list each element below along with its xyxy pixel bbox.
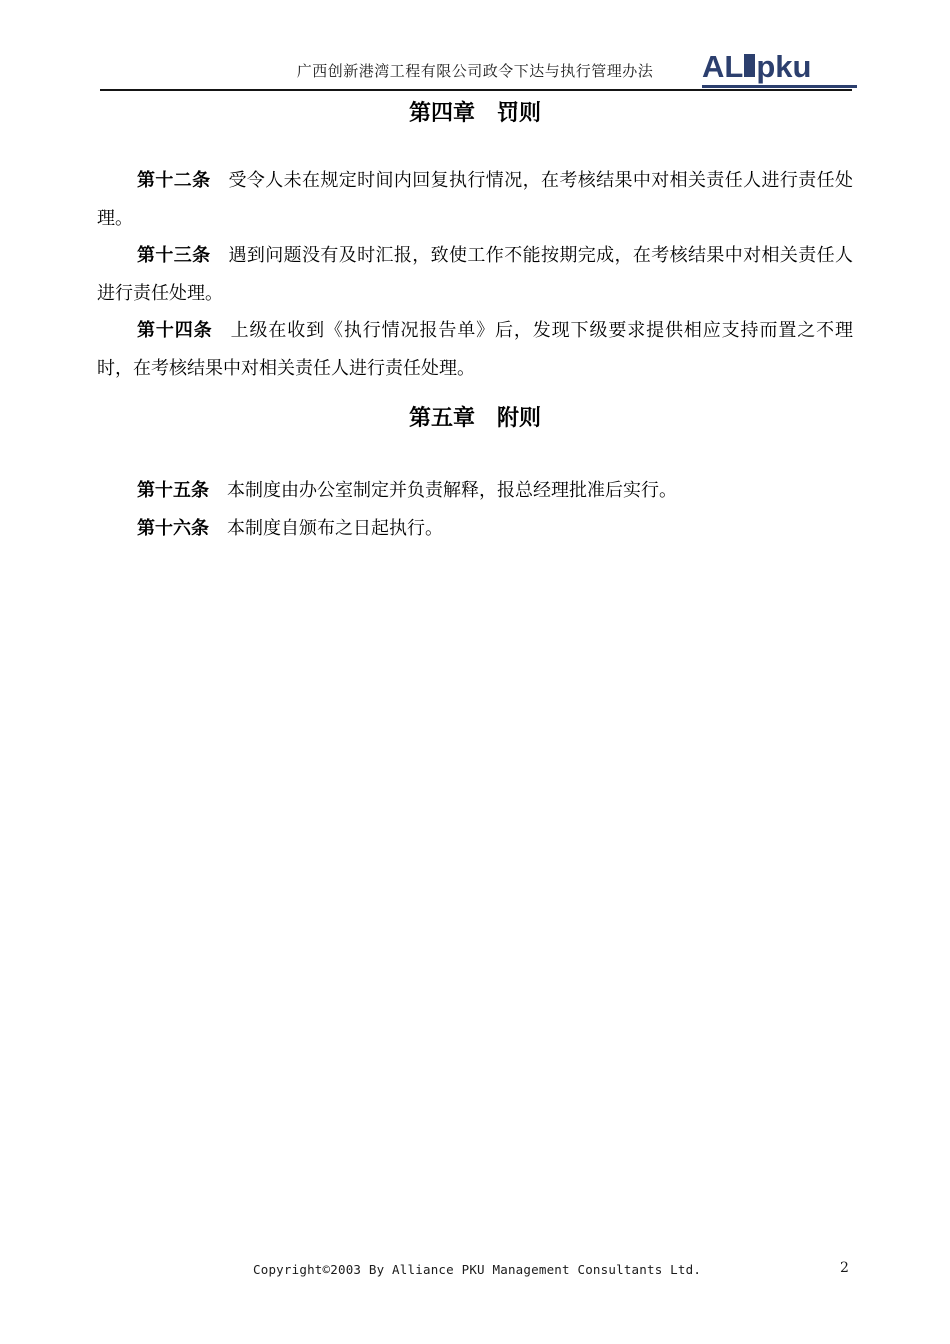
article-13-label: 第十三条: [137, 245, 211, 266]
logo-text-right: pku: [756, 49, 811, 84]
article-14-label: 第十四条: [137, 320, 213, 341]
article-14: 第十四条上级在收到《执行情况报告单》后，发现下级要求提供相应支持而置之不理时，在…: [97, 312, 853, 387]
article-12: 第十二条受令人未在规定时间内回复执行情况，在考核结果中对相关责任人进行责任处理。: [97, 162, 853, 237]
footer-copyright: Copyright©2003 By Alliance PKU Managemen…: [253, 1261, 701, 1278]
article-12-label: 第十二条: [137, 170, 211, 191]
article-15-text: 本制度由办公室制定并负责解释，报总经理批准后实行。: [227, 480, 677, 501]
document-page: 广西创新港湾工程有限公司政令下达与执行管理办法 ALpku 第四章罚则 第十二条…: [0, 0, 950, 1344]
header-rule: [100, 89, 852, 91]
article-16-label: 第十六条: [137, 518, 209, 539]
chapter-4-name: 罚则: [497, 101, 541, 126]
logo-text-left: AL: [702, 49, 743, 84]
chapter-5-number: 第五章: [409, 406, 475, 431]
article-16: 第十六条本制度自颁布之日起执行。: [97, 510, 853, 548]
chapter-4-number: 第四章: [409, 101, 475, 126]
page-number: 2: [840, 1260, 849, 1277]
article-15: 第十五条本制度由办公室制定并负责解释，报总经理批准后实行。: [97, 472, 853, 510]
document-body: 第四章罚则 第十二条受令人未在规定时间内回复执行情况，在考核结果中对相关责任人进…: [97, 100, 853, 547]
article-15-label: 第十五条: [137, 480, 209, 501]
article-16-text: 本制度自颁布之日起执行。: [227, 518, 443, 539]
company-logo: ALpku: [702, 50, 857, 88]
article-13: 第十三条遇到问题没有及时汇报，致使工作不能按期完成，在考核结果中对相关责任人进行…: [97, 237, 853, 312]
logo-block-icon: [744, 54, 755, 77]
chapter-5-name: 附则: [497, 406, 541, 431]
chapter-5-title: 第五章附则: [97, 405, 853, 433]
chapter-4-title: 第四章罚则: [97, 100, 853, 128]
